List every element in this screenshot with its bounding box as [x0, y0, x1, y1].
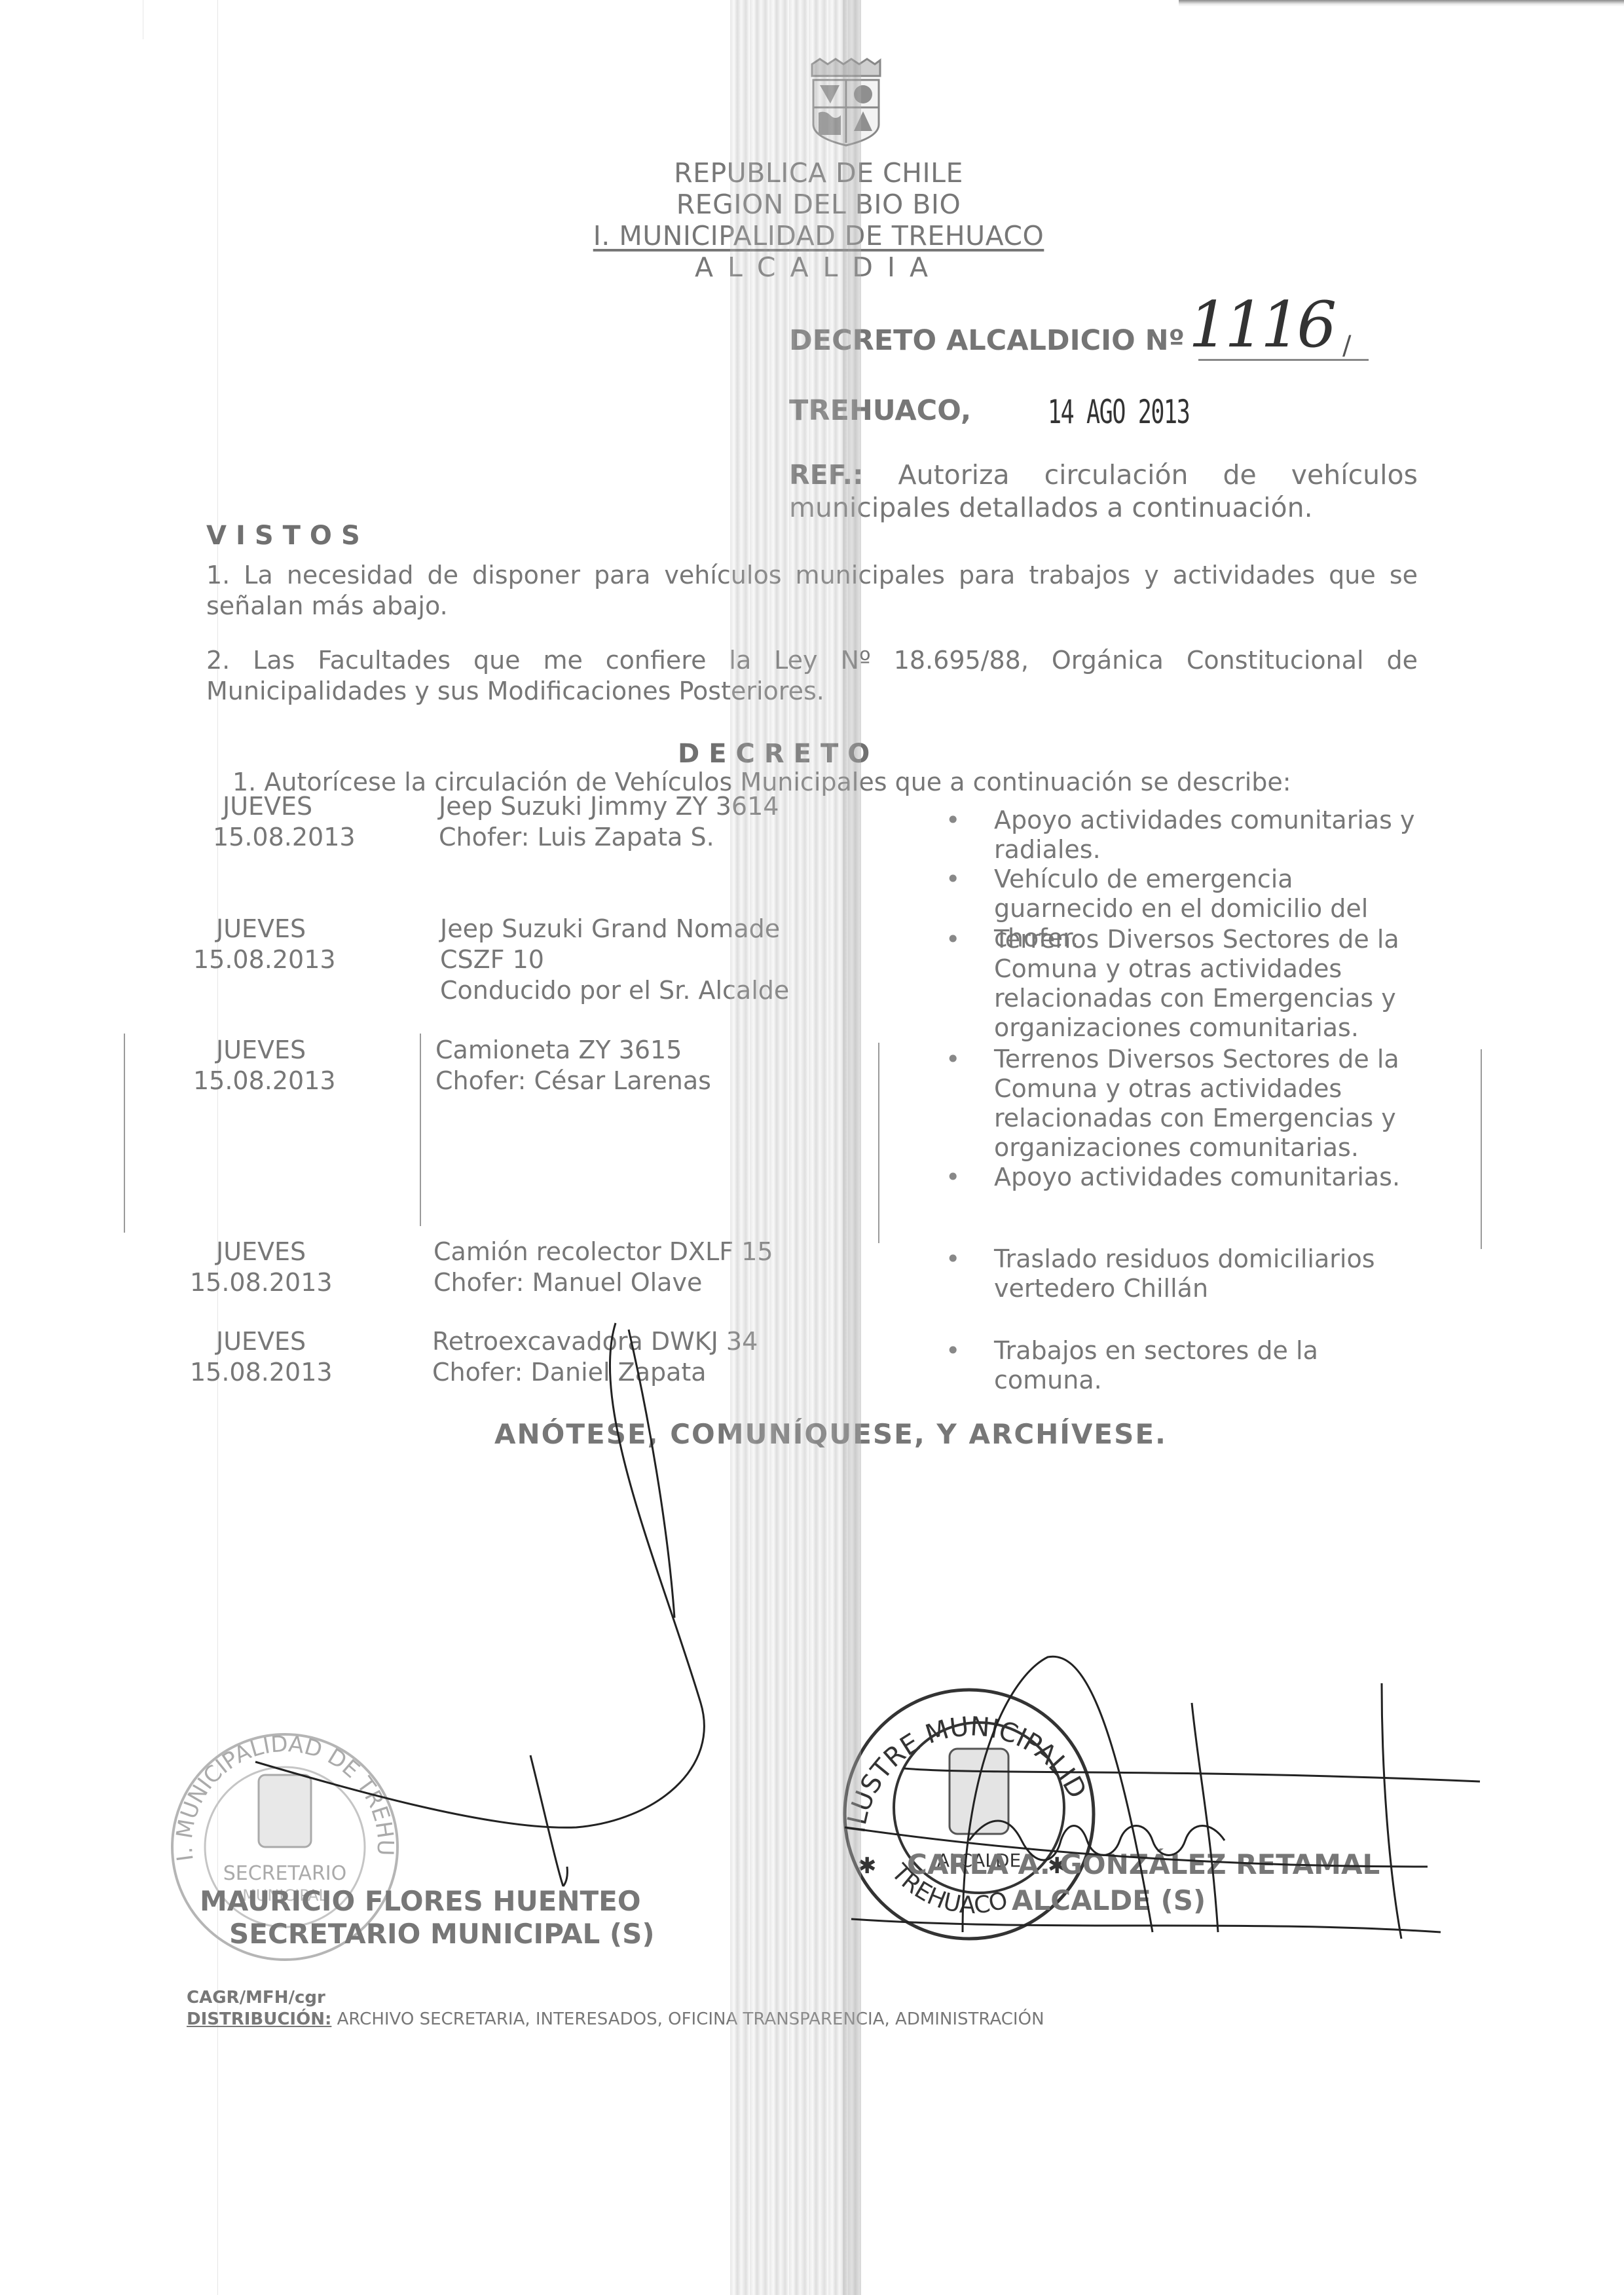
row-vehicle-detail: Chofer: Luis Zapata S. — [439, 822, 714, 853]
row-vehicle: Camión recolector DXLF 15 — [434, 1237, 773, 1267]
decree-number-suffix: / — [1342, 331, 1351, 361]
distribution-list: ARCHIVO SECRETARIA, INTERESADOS, OFICINA… — [337, 2009, 1044, 2029]
ref-label: REF.: — [789, 459, 864, 491]
row-vehicle: Retroexcavadora DWKJ 34 — [432, 1326, 758, 1357]
vistos-item-2: 2. Las Facultades que me confiere la Ley… — [206, 645, 1418, 707]
header-municipality: I. MUNICIPALIDAD DE TREHUACO — [524, 220, 1113, 252]
row-vehicle: Jeep Suzuki Grand Nomade — [440, 914, 780, 944]
coat-of-arms-icon — [807, 56, 885, 148]
scan-margin-line — [143, 0, 143, 39]
decree-title: DECRETO ALCALDICIO Nº — [789, 324, 1185, 357]
scan-edge-artifact — [1179, 0, 1624, 7]
activity-item: Apoyo actividades comunitarias. — [943, 1163, 1428, 1192]
row-vehicle-detail: Conducido por el Sr. Alcalde — [440, 975, 789, 1006]
activity-item: Apoyo actividades comunitarias y radiale… — [943, 806, 1428, 865]
header-office: ALCALDIA — [524, 252, 1113, 283]
activity-item: Terrenos Diversos Sectores de la Comuna … — [943, 925, 1428, 1043]
row-activities: Trabajos en sectores de la comuna. — [943, 1336, 1428, 1395]
vistos-item-1: 1. La necesidad de disponer para vehícul… — [206, 560, 1418, 622]
decreto-heading: DECRETO — [678, 739, 879, 769]
footer-initials: CAGR/MFH/cgr — [187, 1988, 325, 2007]
row-day: JUEVES — [216, 1237, 306, 1267]
row-vehicle-detail: Chofer: Manuel Olave — [434, 1267, 702, 1298]
table-border-col1 — [420, 1034, 421, 1226]
activity-item: Traslado residuos domiciliarios verteder… — [943, 1244, 1428, 1303]
closing-formula: ANÓTESE, COMUNÍQUESE, Y ARCHÍVESE. — [494, 1418, 1167, 1450]
secretary-title: SECRETARIO MUNICIPAL (S) — [229, 1918, 655, 1950]
vistos-heading: VISTOS — [206, 521, 369, 551]
secretary-stamp-center: SECRETARIO — [223, 1862, 347, 1885]
row-vehicle-detail: Chofer: César Larenas — [435, 1066, 711, 1096]
header-region: REGION DEL BIO BIO — [524, 189, 1113, 220]
decree-city: TREHUACO, — [789, 394, 971, 427]
svg-text:✱: ✱ — [858, 1853, 877, 1879]
row-date: 15.08.2013 — [190, 1357, 333, 1388]
row-day: JUEVES — [216, 1326, 306, 1357]
row-date: 15.08.2013 — [190, 1267, 333, 1298]
footer-distribution: DISTRIBUCIÓN: ARCHIVO SECRETARIA, INTERE… — [187, 2009, 1044, 2029]
row-vehicle-detail: CSZF 10 — [440, 944, 544, 975]
table-border-right — [1481, 1049, 1482, 1249]
row-activities: Terrenos Diversos Sectores de la Comuna … — [943, 925, 1428, 1043]
row-day: JUEVES — [223, 791, 312, 822]
row-vehicle-detail: Chofer: Daniel Zapata — [432, 1357, 707, 1388]
decree-number-handwritten: 1116 — [1189, 288, 1333, 362]
ref-text: Autoriza circulación de vehículos munici… — [789, 459, 1418, 523]
table-border-left — [124, 1034, 125, 1233]
row-vehicle: Camioneta ZY 3615 — [435, 1035, 682, 1066]
row-date: 15.08.2013 — [213, 822, 356, 853]
activity-item: Trabajos en sectores de la comuna. — [943, 1336, 1428, 1395]
date-stamp: 14 AGO 2013 — [1048, 393, 1189, 431]
header-country: REPUBLICA DE CHILE — [524, 157, 1113, 189]
row-day: JUEVES — [216, 914, 306, 944]
row-vehicle: Jeep Suzuki Jimmy ZY 3614 — [439, 791, 779, 822]
table-border-col2 — [878, 1043, 879, 1243]
mayor-title: ALCALDE (S) — [1012, 1884, 1206, 1916]
decree-reference: REF.: Autoriza circulación de vehículos … — [789, 458, 1418, 524]
mayor-name: CARLA A. GONZÁLEZ RETAMAL — [907, 1848, 1380, 1880]
row-activities: Terrenos Diversos Sectores de la Comuna … — [943, 1045, 1428, 1192]
row-date: 15.08.2013 — [193, 1066, 336, 1096]
activity-item: Terrenos Diversos Sectores de la Comuna … — [943, 1045, 1428, 1163]
row-day: JUEVES — [216, 1035, 306, 1066]
row-date: 15.08.2013 — [193, 944, 336, 975]
secretary-name: MAURICIO FLORES HUENTEO — [200, 1885, 641, 1917]
distribution-label: DISTRIBUCIÓN: — [187, 2009, 331, 2029]
row-activities: Traslado residuos domiciliarios verteder… — [943, 1244, 1428, 1303]
